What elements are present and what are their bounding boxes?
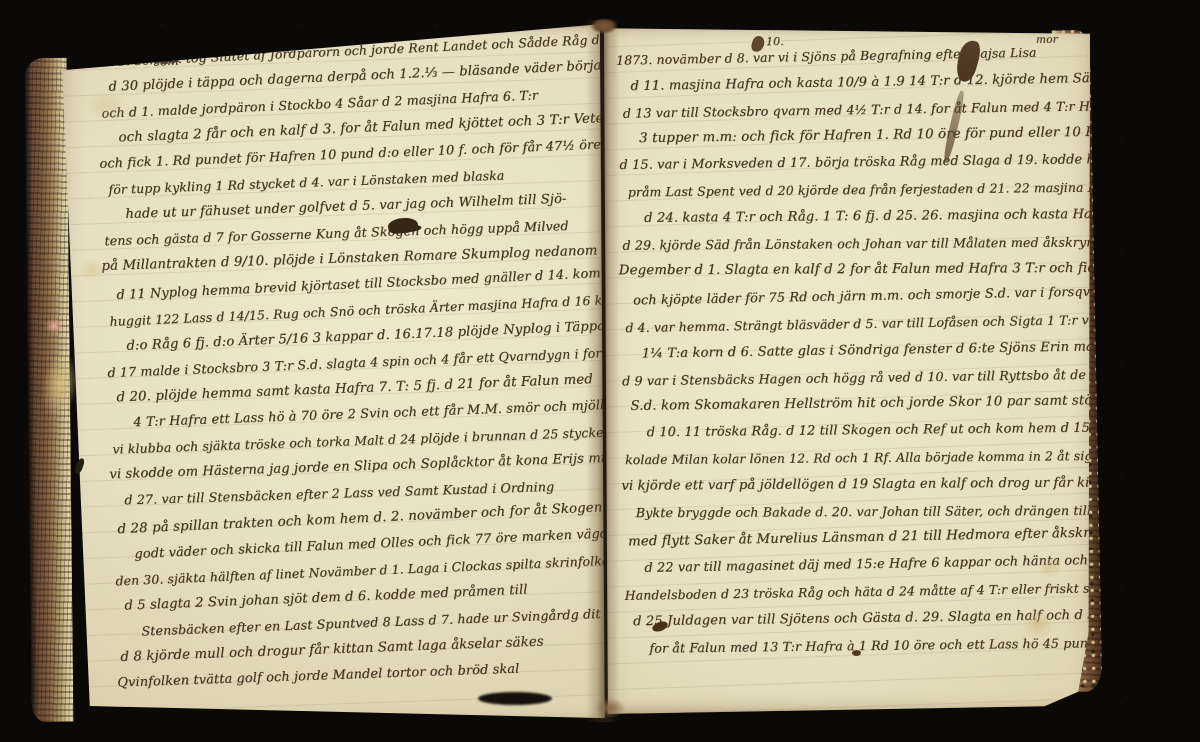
right-page-text: 10. mor 1873. novämber d 8. var vi i Sjö… — [616, 40, 1103, 662]
left-page-text: September som 1873. den 29. tog Slutet a… — [93, 28, 638, 697]
handwritten-line: d 24. kasta 4 T:r och Råg. 1 T: 6 fj. d … — [644, 202, 1098, 233]
handwritten-line: d 10. 11 tröska Råg. d 12 till Skogen oc… — [647, 416, 1101, 448]
handwritten-line: kolade Milan kolar lönen 12. Rd och 1 Rf… — [625, 443, 1101, 474]
gutter-top-edge — [590, 18, 618, 34]
photo-background: September som 1873. den 29. tog Slutet a… — [0, 0, 1200, 742]
handwritten-line: d 29. kjörde Säd från Lönstaken och Joha… — [622, 229, 1098, 259]
gutter-bottom-edge — [594, 698, 626, 718]
handwritten-line: vi kjörde ett varf på jöldellögen d 19 S… — [621, 470, 1101, 500]
month-superscript: September — [136, 28, 197, 56]
left-page: September som 1873. den 29. tog Slutet a… — [55, 20, 607, 728]
right-page: 10. mor 1873. novämber d 8. var vi i Sjö… — [600, 22, 1094, 716]
handwritten-line: for åt Falun med 13 T:r Hafra à 1 Rd 10 … — [649, 630, 1103, 662]
handwritten-line: pråm Last Spent ved d 20 kjörde dea från… — [628, 175, 1098, 207]
